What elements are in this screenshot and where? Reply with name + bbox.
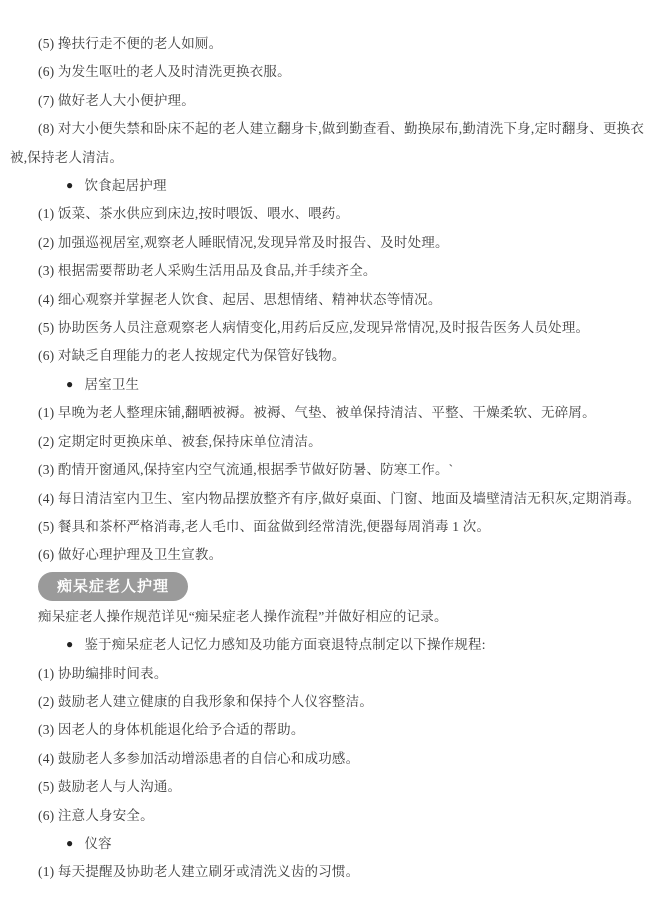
section-badge-pill: 痴呆症老人护理 [38,572,188,601]
list-item: (6) 为发生呕吐的老人及时清洗更换衣服。 [10,58,658,86]
list-item: (2) 鼓励老人建立健康的自我形象和保持个人仪容整洁。 [10,688,658,716]
bullet-icon: ● [38,370,73,398]
list-item: (6) 对缺乏自理能力的老人按规定代为保管好钱物。 [10,342,658,370]
list-item: (7) 做好老人大小便护理。 [10,87,658,115]
list-item: (3) 因老人的身体机能退化给予合适的帮助。 [10,716,658,744]
list-item: (4) 每日清洁室内卫生、室内物品摆放整齐有序,做好桌面、门窗、地面及墙壁清洁无… [10,485,658,513]
list-item: (3) 酌情开窗通风,保持室内空气流通,根据季节做好防暑、防寒工作。` [10,456,658,484]
bullet-icon: ● [38,829,73,857]
list-item: (3) 根据需要帮助老人采购生活用品及食品,并手续齐全。 [10,257,658,285]
document-page: (5) 搀扶行走不便的老人如厕。 (6) 为发生呕吐的老人及时清洗更换衣服。 (… [0,0,666,900]
section-badge: 痴呆症老人护理 [38,572,658,601]
section-heading: ●饮食起居护理 [10,172,658,200]
bullet-icon: ● [38,630,73,658]
list-item: (4) 细心观察并掌握老人饮食、起居、思想情绪、精神状态等情况。 [10,286,658,314]
list-item: (6) 做好心理护理及卫生宣教。 [10,541,658,569]
list-item: (2) 定期定时更换床单、被套,保持床单位清洁。 [10,428,658,456]
section-heading: ●仪容 [10,830,658,858]
intro-paragraph: 痴呆症老人操作规范详见“痴呆症老人操作流程”并做好相应的记录。 [10,603,658,631]
section-title: 饮食起居护理 [84,178,166,193]
list-item: (1) 每天提醒及协助老人建立刷牙或清洗义齿的习惯。 [10,858,658,886]
list-item: (4) 鼓励老人多参加活动增添患者的自信心和成功感。 [10,745,658,773]
list-item: (8) 对大小便失禁和卧床不起的老人建立翻身卡,做到勤查看、勤换尿布,勤清洗下身… [10,115,658,172]
list-item: (1) 饭菜、茶水供应到床边,按时喂饭、喂水、喂药。 [10,200,658,228]
list-item: (5) 餐具和茶杯严格消毒,老人毛巾、面盆做到经常清洗,便器每周消毒 1 次。 [10,513,658,541]
list-item: (1) 协助编排时间表。 [10,660,658,688]
section-title: 居室卫生 [84,377,139,392]
bullet-icon: ● [38,171,73,199]
list-item: (1) 早晚为老人整理床铺,翻晒被褥。被褥、气垫、被单保持清洁、平整、干燥柔软、… [10,399,658,427]
list-item: (6) 注意人身安全。 [10,802,658,830]
section-title: 鉴于痴呆症老人记忆力感知及功能方面衰退特点制定以下操作规程: [84,637,485,652]
section-title: 仪容 [84,836,111,851]
list-item: (5) 鼓励老人与人沟通。 [10,773,658,801]
list-item: (5) 搀扶行走不便的老人如厕。 [10,30,658,58]
list-item: (5) 协助医务人员注意观察老人病情变化,用药后反应,发现异常情况,及时报告医务… [10,314,658,342]
section-heading: ●鉴于痴呆症老人记忆力感知及功能方面衰退特点制定以下操作规程: [10,631,658,659]
section-heading: ●居室卫生 [10,371,658,399]
list-item: (2) 加强巡视居室,观察老人睡眠情况,发现异常及时报告、及时处理。 [10,229,658,257]
